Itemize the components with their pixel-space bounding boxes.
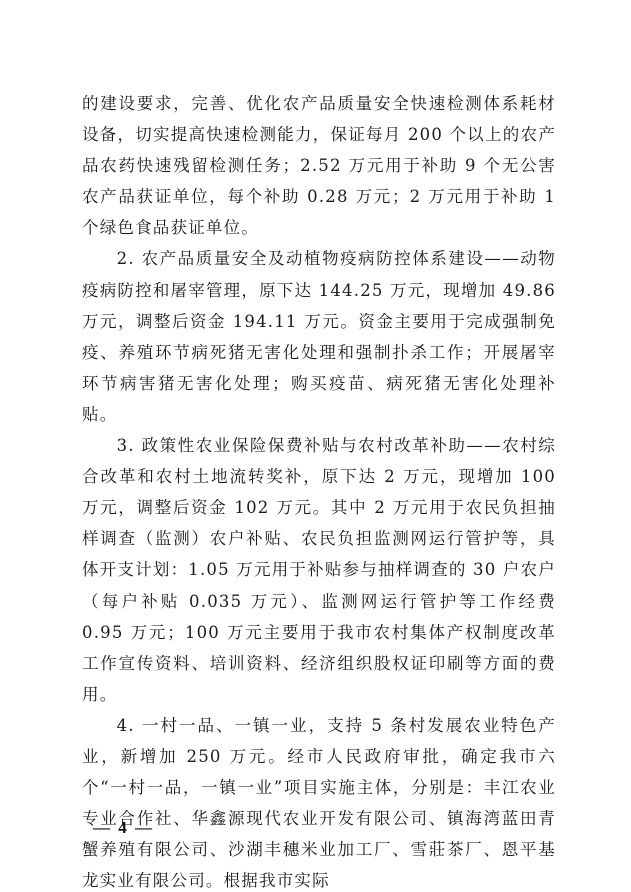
paragraph-item-3-agricultural-insurance-rural-reform: 3. 政策性农业保险保费补贴与农村改革补助——农村综合改革和农村土地流转奖补，原… bbox=[82, 430, 556, 710]
paragraph-continuation: 的建设要求，完善、优化农产品质量安全快速检测体系耗材设备，切实提高快速检测能力，… bbox=[82, 88, 556, 243]
document-page: 的建设要求，完善、优化农产品质量安全快速检测体系耗材设备，切实提高快速检测能力，… bbox=[0, 0, 631, 892]
paragraph-item-2-animal-disease-control: 2. 农产品质量安全及动植物疫病防控体系建设——动物疫病防控和屠宰管理，原下达 … bbox=[82, 243, 556, 430]
paragraph-item-4-one-village-one-product: 4. 一村一品、一镇一业，支持 5 条村发展农业特色产业，新增加 250 万元。… bbox=[82, 710, 556, 892]
document-body: 的建设要求，完善、优化农产品质量安全快速检测体系耗材设备，切实提高快速检测能力，… bbox=[82, 88, 556, 892]
page-number: — 4 — bbox=[93, 818, 154, 838]
